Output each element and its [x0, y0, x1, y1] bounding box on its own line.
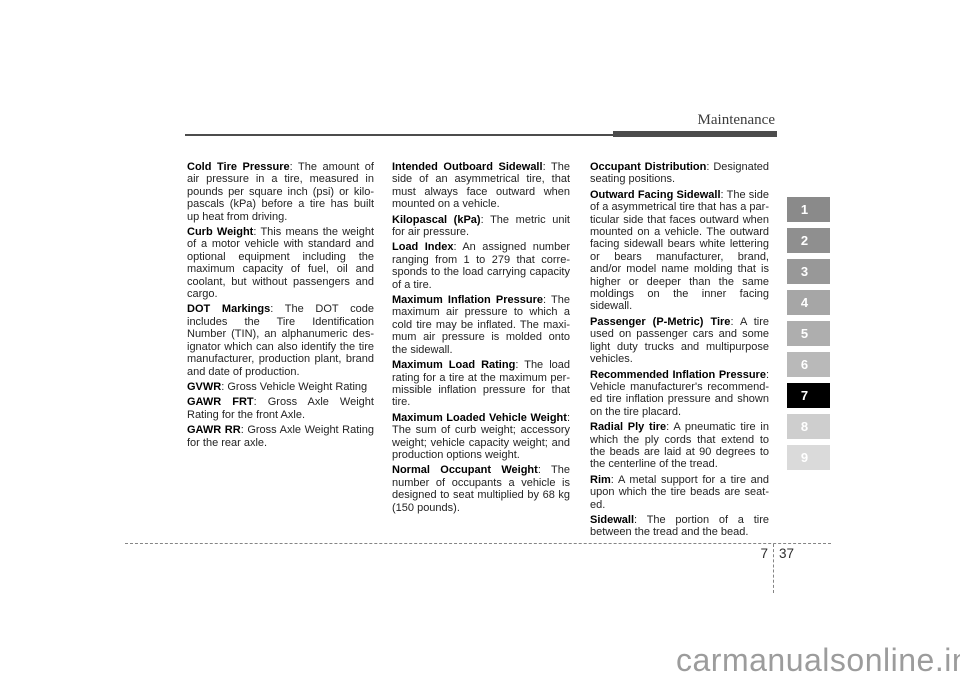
chapter-tab-rail: 1 2 3 4 5 6 7 8 9	[787, 197, 830, 470]
definition-entry: Sidewall: The portion of a tire between …	[590, 514, 769, 539]
definition-separator: :	[634, 514, 647, 526]
chapter-tab-label: 8	[801, 419, 808, 434]
header-rule-thin	[185, 134, 615, 136]
definition-separator: :	[730, 316, 740, 328]
definition-text: The side of a asymmetrical tire that has…	[590, 189, 769, 313]
definition-term: Outward Facing Sidewall	[590, 189, 721, 201]
definition-separator: :	[254, 396, 268, 408]
definition-term: Radial Ply tire	[590, 421, 666, 433]
definition-entry: Load Index: An assigned number ranging f…	[392, 241, 570, 291]
watermark-text: carmanualsonline.info	[676, 642, 960, 679]
chapter-tab-label: 7	[801, 388, 808, 403]
chapter-tab: 3	[787, 259, 830, 284]
chapter-tab-label: 6	[801, 357, 808, 372]
footer-chapter-number: 7	[740, 546, 768, 561]
definition-entry: GAWR RR: Gross Axle Weight Rating for th…	[187, 424, 374, 449]
definition-entry: DOT Markings: The DOT code includes the …	[187, 303, 374, 377]
chapter-tab-label: 1	[801, 202, 808, 217]
definition-term: DOT Markings	[187, 303, 270, 315]
definition-column-1: Cold Tire Pressure: The amount of air pr…	[187, 161, 374, 452]
definition-term: Intended Outboard Sidewall	[392, 161, 543, 173]
definition-term: Maximum Inflation Pressure	[392, 294, 543, 306]
definition-term: Normal Occupant Weight	[392, 464, 538, 476]
footer-dashed-divider	[773, 544, 774, 593]
definition-term: GAWR RR	[187, 424, 241, 436]
definition-separator: :	[766, 369, 769, 381]
definition-separator: :	[567, 412, 570, 424]
chapter-tab-label: 4	[801, 295, 808, 310]
chapter-tab: 9	[787, 445, 830, 470]
definition-text: Vehicle manufacturer's recommend-ed tire…	[590, 381, 769, 418]
definition-entry: Maximum Inflation Pressure: The maximum …	[392, 294, 570, 356]
definition-term: Passenger (P-Metric) Tire	[590, 316, 730, 328]
chapter-tab: 5	[787, 321, 830, 346]
chapter-tab-label: 9	[801, 450, 808, 465]
definition-entry: Kilopascal (kPa): The metric unit for ai…	[392, 214, 570, 239]
definition-entry: Recommended Inflation Pressure: Vehicle …	[590, 369, 769, 419]
definition-entry: Maximum Loaded Vehicle Weight: The sum o…	[392, 412, 570, 462]
chapter-tab: 4	[787, 290, 830, 315]
footer-page-number: 37	[779, 546, 794, 561]
definition-term: Kilopascal (kPa)	[392, 214, 481, 226]
definition-text: Gross Vehicle Weight Rating	[227, 381, 367, 393]
chapter-tab-active: 7	[787, 383, 830, 408]
definition-entry: Outward Facing Sidewall: The side of a a…	[590, 189, 769, 313]
definition-term: GAWR FRT	[187, 396, 254, 408]
definition-separator: :	[611, 474, 618, 486]
definition-term: Maximum Load Rating	[392, 359, 515, 371]
definition-entry: Occupant Distribution: Designated seatin…	[590, 161, 769, 186]
definition-entry: Curb Weight: This means the weight of a …	[187, 226, 374, 300]
definition-separator: :	[290, 161, 298, 173]
definition-separator: :	[453, 241, 462, 253]
definition-entry: Passenger (P-Metric) Tire: A tire used o…	[590, 316, 769, 366]
definition-entry: Rim: A metal support for a tire and upon…	[590, 474, 769, 511]
definition-term: Occupant Distribution	[590, 161, 706, 173]
chapter-tab: 6	[787, 352, 830, 377]
definition-term: GVWR	[187, 381, 221, 393]
definition-term: Sidewall	[590, 514, 634, 526]
definition-separator: :	[270, 303, 285, 315]
definition-separator: :	[515, 359, 524, 371]
header-rule-thick	[613, 131, 777, 137]
definition-entry: Maximum Load Rating: The load rating for…	[392, 359, 570, 409]
footer-dashed-line	[125, 543, 831, 544]
definition-entry: Radial Ply tire: A pneumatic tire in whi…	[590, 421, 769, 471]
chapter-tab: 8	[787, 414, 830, 439]
definition-entry: Intended Outboard Sidewall: The side of …	[392, 161, 570, 211]
definition-separator: :	[481, 214, 491, 226]
definition-entry: GVWR: Gross Vehicle Weight Rating	[187, 381, 374, 393]
definition-separator: :	[543, 161, 551, 173]
definition-separator: :	[538, 464, 551, 476]
definition-term: Load Index	[392, 241, 453, 253]
definition-term: Maximum Loaded Vehicle Weight	[392, 412, 567, 424]
definition-entry: GAWR FRT: Gross Axle Weight Rating for t…	[187, 396, 374, 421]
definition-separator: :	[543, 294, 551, 306]
definition-column-3: Occupant Distribution: Designated seatin…	[590, 161, 769, 542]
definition-term: Rim	[590, 474, 611, 486]
definition-entry: Normal Occupant Weight: The number of oc…	[392, 464, 570, 514]
chapter-tab: 1	[787, 197, 830, 222]
definition-term: Cold Tire Pressure	[187, 161, 290, 173]
definition-term: Curb Weight	[187, 226, 253, 238]
chapter-tab-label: 5	[801, 326, 808, 341]
chapter-tab-label: 3	[801, 264, 808, 279]
definition-term: Recommended Inflation Pressure	[590, 369, 766, 381]
chapter-tab: 2	[787, 228, 830, 253]
page-title: Maintenance	[698, 112, 775, 129]
definition-column-2: Intended Outboard Sidewall: The side of …	[392, 161, 570, 517]
definition-entry: Cold Tire Pressure: The amount of air pr…	[187, 161, 374, 223]
chapter-tab-label: 2	[801, 233, 808, 248]
definition-text: The sum of curb weight; accessory weight…	[392, 424, 570, 461]
